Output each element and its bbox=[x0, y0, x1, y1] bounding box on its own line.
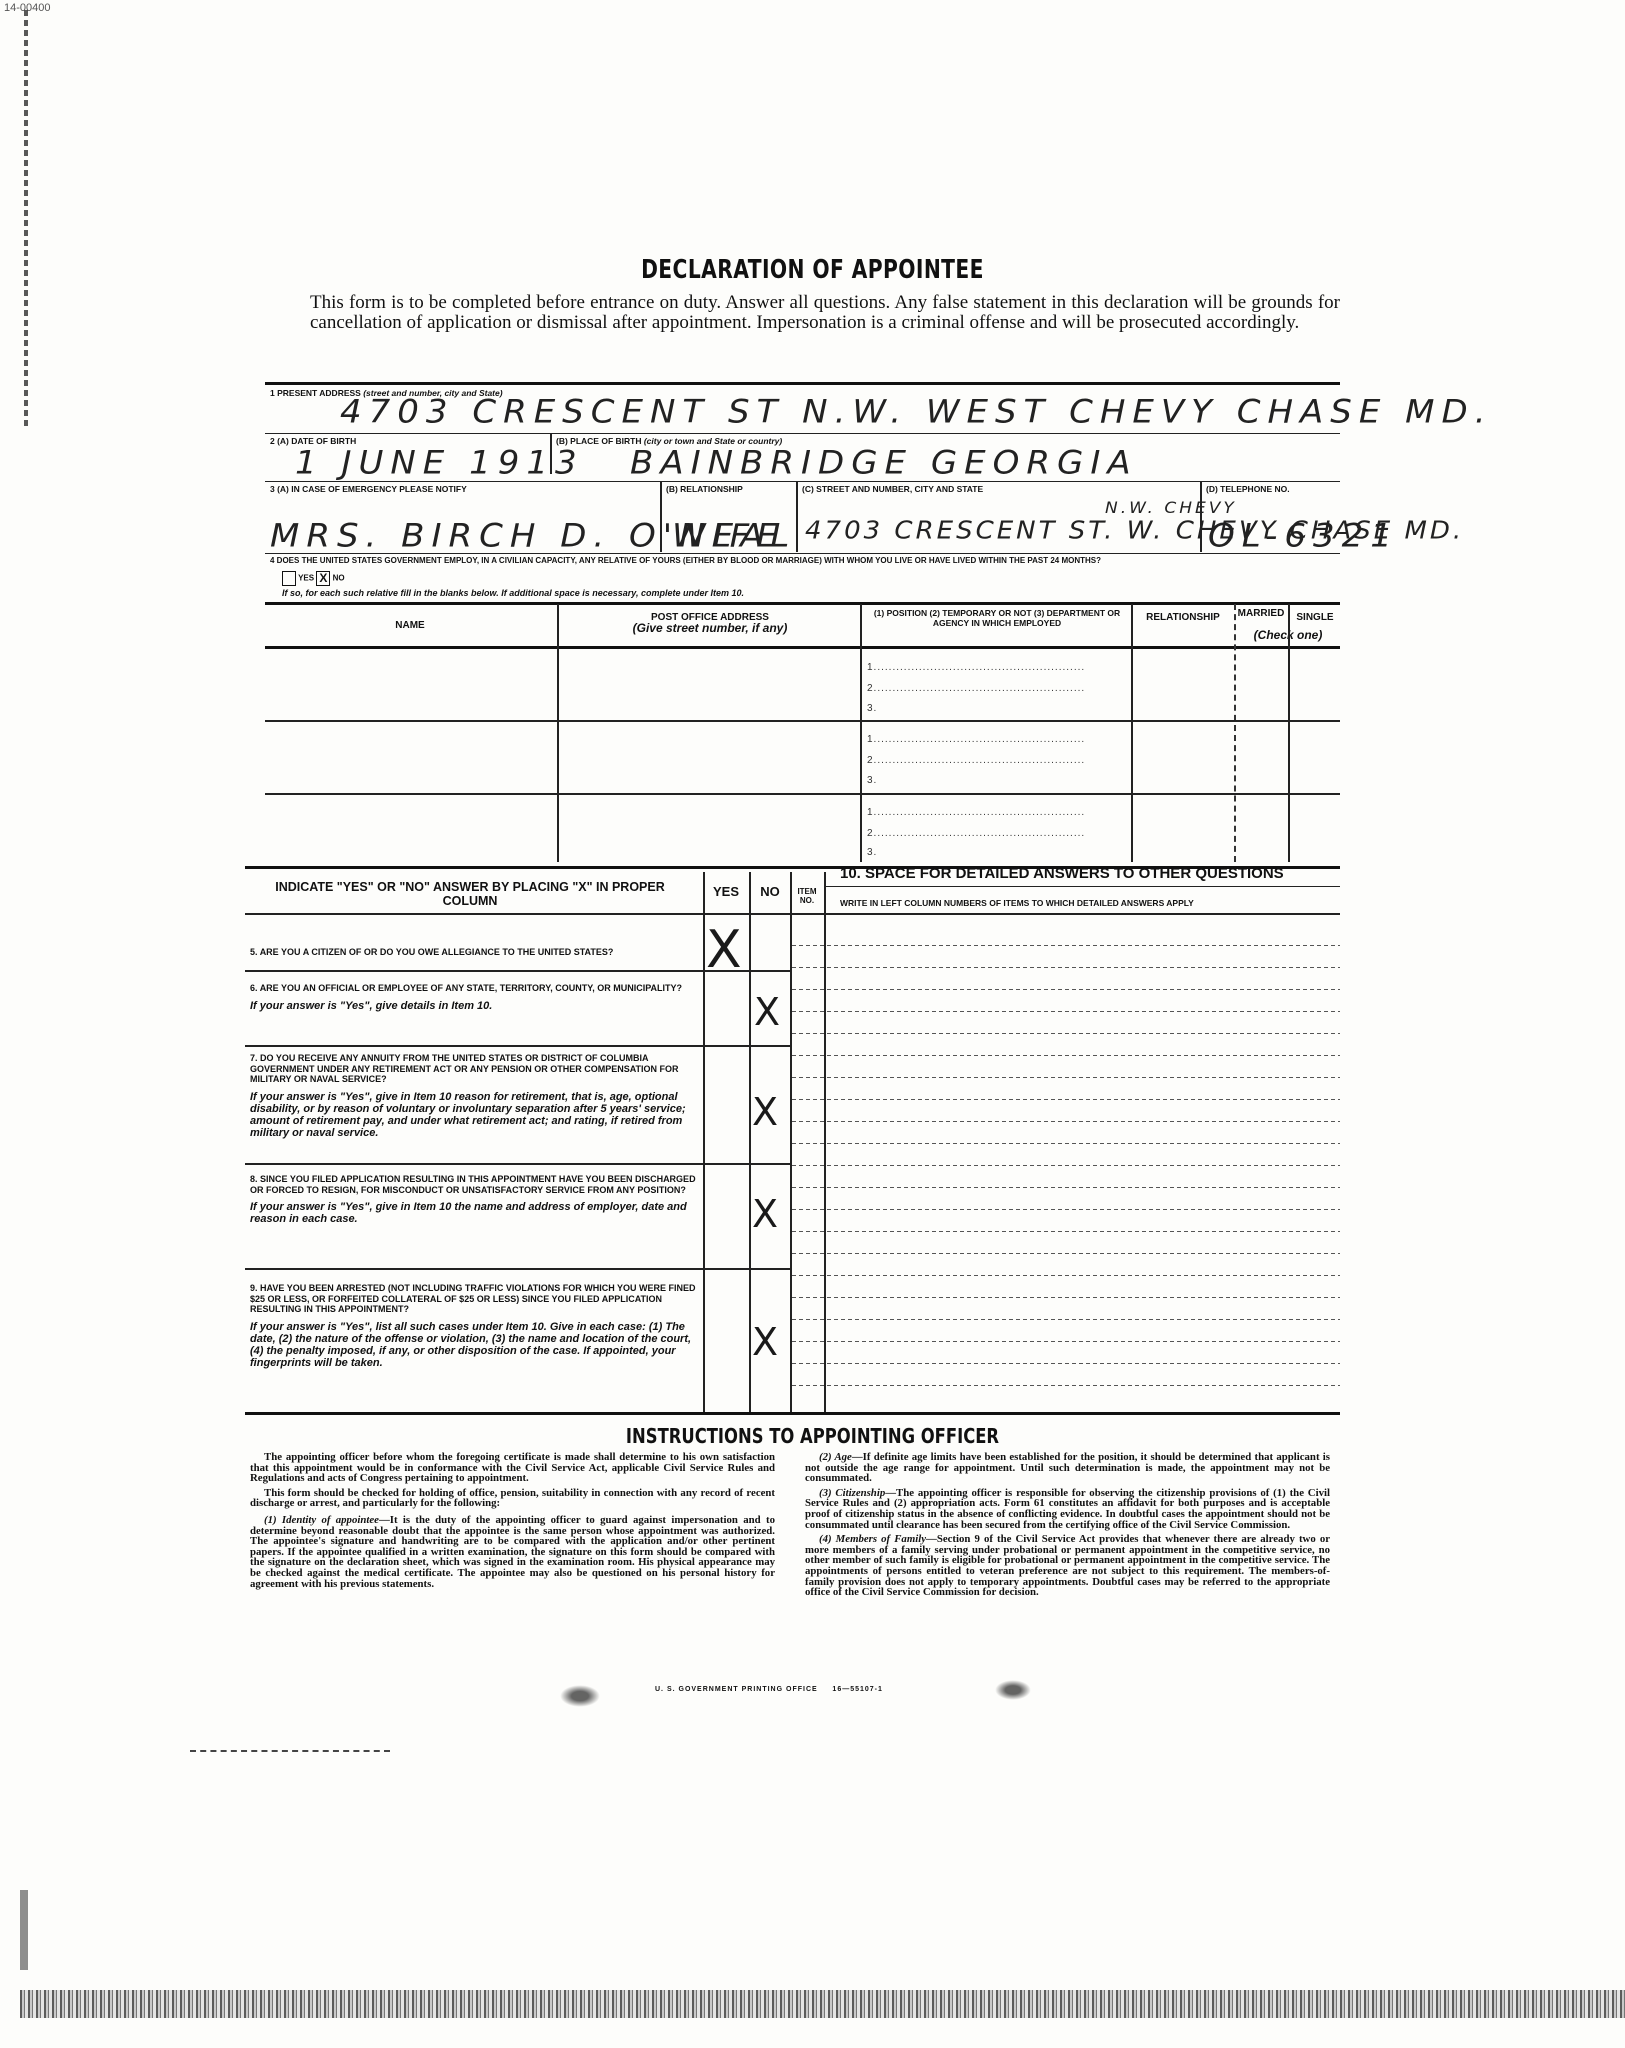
q6-no-mark[interactable]: X bbox=[754, 990, 780, 1034]
divider bbox=[824, 886, 1340, 887]
ink-smudge bbox=[995, 1680, 1031, 1700]
instructions-title: INSTRUCTIONS TO APPOINTING OFFICER bbox=[146, 1424, 1479, 1448]
item3b-label: (B) RELATIONSHIP bbox=[666, 484, 743, 494]
divider bbox=[245, 913, 1340, 915]
relationship-field[interactable]: WIFE bbox=[672, 517, 785, 555]
no-col-header: NO bbox=[751, 886, 789, 897]
q9-instruction: If your answer is "Yes", list all such c… bbox=[250, 1321, 700, 1369]
position-line-2[interactable]: 2.......................................… bbox=[867, 683, 1131, 694]
col-header-position: (1) POSITION (2) TEMPORARY OR NOT (3) DE… bbox=[862, 608, 1132, 628]
q9-no-mark[interactable]: X bbox=[752, 1320, 778, 1364]
position-line-1[interactable]: 1.......................................… bbox=[867, 807, 1131, 818]
question-5: 5. ARE YOU A CITIZEN OF OR DO YOU OWE AL… bbox=[250, 947, 700, 958]
q8-instruction: If your answer is "Yes", give in Item 10… bbox=[250, 1201, 700, 1225]
date-of-birth-field[interactable]: 1 JUNE 1913 bbox=[295, 444, 584, 482]
divider bbox=[245, 1412, 1340, 1415]
item3a-label: 3 (A) IN CASE OF EMERGENCY PLEASE NOTIFY bbox=[270, 484, 467, 494]
position-line-1[interactable]: 1.......................................… bbox=[867, 662, 1131, 673]
item10-title: 10. SPACE FOR DETAILED ANSWERS TO OTHER … bbox=[830, 868, 1350, 879]
intro-text: This form is to be completed before entr… bbox=[280, 293, 1340, 333]
scan-bottom-band bbox=[20, 1990, 1625, 2018]
item4-no-checkbox[interactable]: X bbox=[316, 571, 330, 586]
question-8: 8. SINCE YOU FILED APPLICATION RESULTING… bbox=[250, 1174, 700, 1225]
item4-instruction: If so, for each such relative fill in th… bbox=[282, 588, 744, 598]
position-line-3[interactable]: 3. bbox=[867, 847, 1131, 858]
question-7: 7. DO YOU RECEIVE ANY ANNUITY FROM THE U… bbox=[250, 1053, 700, 1139]
relative-row-3[interactable]: 1.......................................… bbox=[265, 795, 1340, 861]
item4-answer: YES X NO bbox=[282, 571, 345, 586]
form-intro: This form is to be completed before entr… bbox=[280, 293, 1340, 333]
divider bbox=[245, 1268, 791, 1270]
question-6: 6. ARE YOU AN OFFICIAL OR EMPLOYEE OF AN… bbox=[250, 983, 700, 1012]
col-header-address: POST OFFICE ADDRESS(Give street number, … bbox=[560, 612, 860, 635]
position-line-1[interactable]: 1.......................................… bbox=[867, 734, 1131, 745]
item10-subheader: WRITE IN LEFT COLUMN NUMBERS OF ITEMS TO… bbox=[830, 898, 1350, 909]
position-line-3[interactable]: 3. bbox=[867, 775, 1131, 786]
divider bbox=[265, 382, 1340, 385]
scan-dash-artifact bbox=[190, 1750, 390, 1752]
q6-instruction: If your answer is "Yes", give details in… bbox=[250, 1000, 700, 1012]
yes-no-header: INDICATE "YES" OR "NO" ANSWER BY PLACING… bbox=[250, 880, 690, 908]
telephone-field[interactable]: OL-6321 bbox=[1208, 517, 1399, 555]
divider bbox=[749, 872, 751, 1412]
scan-edge-artifact bbox=[20, 1890, 28, 1970]
printer-imprint: U. S. GOVERNMENT PRINTING OFFICE 16—5510… bbox=[655, 1686, 883, 1693]
ink-smudge bbox=[560, 1685, 600, 1707]
yes-col-header: YES bbox=[705, 886, 747, 897]
q7-instruction: If your answer is "Yes", give in Item 10… bbox=[250, 1091, 700, 1139]
divider bbox=[265, 481, 1340, 482]
instructions-left-column: The appointing officer before whom the f… bbox=[250, 1452, 775, 1593]
present-address-field[interactable]: 4703 CRESCENT ST N.W. WEST CHEVY CHASE M… bbox=[340, 393, 1493, 431]
instructions-right-column: (2) Age—If definite age limits have been… bbox=[805, 1452, 1330, 1602]
col-header-name: NAME bbox=[265, 620, 555, 631]
position-line-3[interactable]: 3. bbox=[867, 703, 1131, 714]
form-title: DECLARATION OF APPOINTEE bbox=[179, 255, 1447, 285]
divider bbox=[245, 970, 791, 972]
item-no-header: ITEM NO. bbox=[792, 887, 822, 905]
item4-yes-checkbox[interactable] bbox=[282, 571, 296, 586]
q8-no-mark[interactable]: X bbox=[752, 1192, 778, 1236]
q7-no-mark[interactable]: X bbox=[752, 1090, 778, 1134]
item10-answer-lines[interactable] bbox=[792, 924, 1340, 1404]
divider bbox=[245, 1163, 791, 1165]
position-line-2[interactable]: 2.......................................… bbox=[867, 828, 1131, 839]
divider bbox=[265, 553, 1340, 554]
divider bbox=[796, 482, 798, 552]
item3c-label: (C) STREET AND NUMBER, CITY AND STATE bbox=[802, 484, 983, 494]
item4-question: 4 DOES THE UNITED STATES GOVERNMENT EMPL… bbox=[270, 556, 1101, 565]
divider bbox=[245, 1045, 791, 1047]
question-9: 9. HAVE YOU BEEN ARRESTED (NOT INCLUDING… bbox=[250, 1283, 700, 1369]
divider bbox=[703, 872, 705, 1412]
relative-row-2[interactable]: 1.......................................… bbox=[265, 722, 1340, 794]
col-header-relationship: RELATIONSHIP bbox=[1133, 612, 1233, 623]
col-header-single: SINGLE bbox=[1290, 612, 1340, 623]
item3d-label: (D) TELEPHONE NO. bbox=[1206, 484, 1290, 494]
col-header-married: MARRIED bbox=[1236, 608, 1286, 619]
relative-row-1[interactable]: 1.......................................… bbox=[265, 648, 1340, 720]
position-line-2[interactable]: 2.......................................… bbox=[867, 755, 1131, 766]
divider bbox=[265, 602, 1340, 605]
place-of-birth-field[interactable]: BAINBRIDGE GEORGIA bbox=[630, 444, 1138, 482]
scan-edge-artifact bbox=[24, 10, 28, 430]
address-annotation: N.W. CHEVY bbox=[1105, 499, 1237, 518]
divider bbox=[265, 433, 1340, 434]
